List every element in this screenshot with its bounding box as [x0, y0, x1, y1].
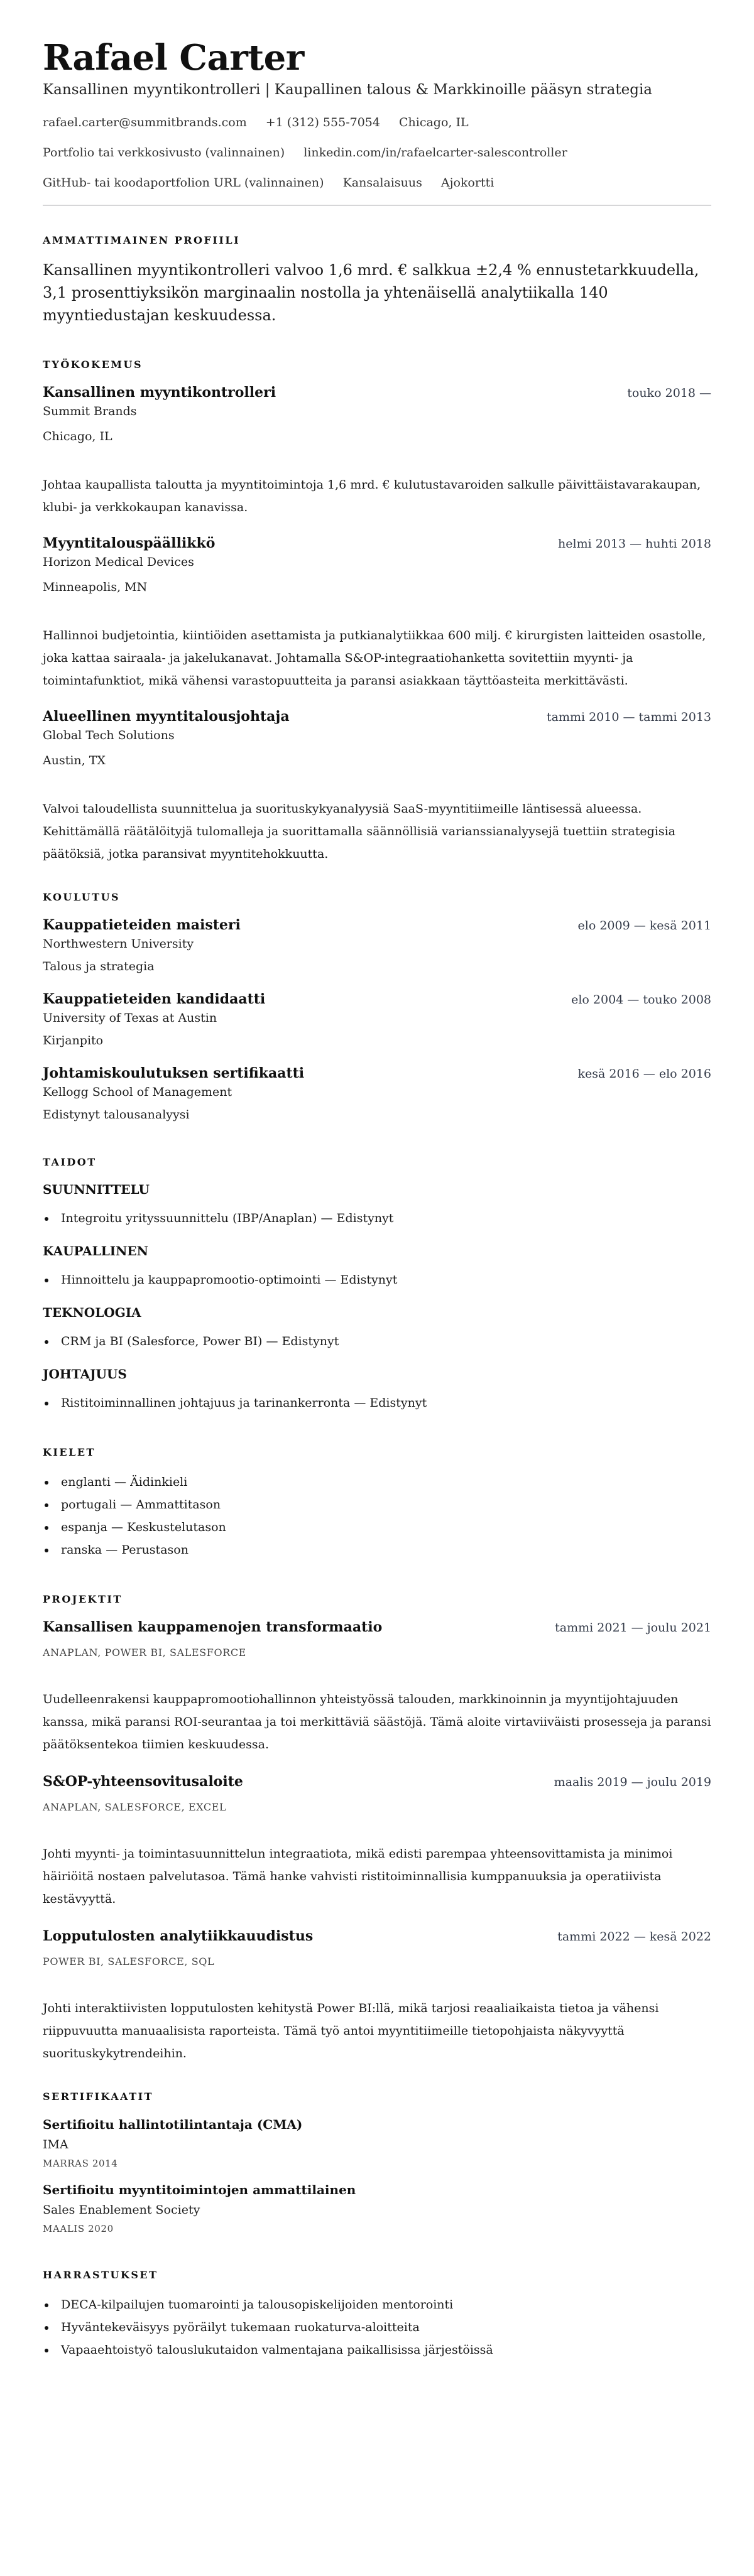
project-tech-stack: ANAPLAN, POWER BI, SALESFORCE: [43, 1645, 711, 1660]
project-title: Lopputulosten analytiikkauudistus: [43, 1927, 313, 1946]
entry-header: S&OP-yhteensovitusaloitemaalis 2019 — jo…: [43, 1772, 711, 1791]
section-languages: Kielet englanti — Äidinkieliportugali — …: [43, 1446, 711, 1561]
project-tech-stack: ANAPLAN, SALESFORCE, EXCEL: [43, 1800, 711, 1815]
skill-item: CRM ja BI (Salesforce, Power BI) — Edist…: [43, 1330, 711, 1353]
job-title: Alueellinen myyntitalousjohtaja: [43, 707, 290, 726]
school-name: Northwestern University: [43, 934, 711, 953]
education-entry: Kauppatieteiden maisterielo 2009 — kesä …: [43, 916, 711, 976]
experience-list: Kansallinen myyntikontrolleritouko 2018 …: [43, 383, 711, 865]
job-dates: touko 2018 —: [627, 386, 711, 400]
language-item: ranska — Perustason: [43, 1539, 711, 1561]
company-name: Summit Brands: [43, 402, 711, 421]
job-dates: tammi 2010 — tammi 2013: [547, 710, 711, 724]
school-name: Kellogg School of Management: [43, 1083, 711, 1101]
education-entry: Johtamiskoulutuksen sertifikaattikesä 20…: [43, 1064, 711, 1124]
skill-item: Hinnoittelu ja kauppapromootio-optimoint…: [43, 1269, 711, 1291]
candidate-name: Rafael Carter: [43, 36, 711, 79]
section-education: Koulutus Kauppatieteiden maisterielo 200…: [43, 890, 711, 1124]
section-title-skills: Taidot: [43, 1155, 711, 1169]
location: Chicago, IL: [399, 114, 469, 131]
education-dates: kesä 2016 — elo 2016: [578, 1067, 711, 1081]
section-title-projects: Projektit: [43, 1593, 711, 1606]
job-location: Austin, TX: [43, 751, 711, 770]
company-name: Horizon Medical Devices: [43, 553, 711, 571]
job-description: Johtaa kaupallista taloutta ja myyntitoi…: [43, 474, 711, 519]
certification-date: MARRAS 2014: [43, 2155, 711, 2172]
skill-list: Integroitu yrityssuunnittelu (IBP/Anapla…: [43, 1207, 711, 1230]
certification-issuer: Sales Enablement Society: [43, 2200, 711, 2219]
email[interactable]: rafael.carter@summitbrands.com: [43, 114, 247, 131]
interest-item: DECA-kilpailujen tuomarointi ja talousop…: [43, 2293, 711, 2316]
entry-header: Myyntitalouspäällikköhelmi 2013 — huhti …: [43, 534, 711, 553]
job-dates: helmi 2013 — huhti 2018: [558, 537, 711, 551]
section-title-languages: Kielet: [43, 1446, 711, 1459]
language-item: portugali — Ammattitason: [43, 1493, 711, 1516]
company-name: Global Tech Solutions: [43, 726, 711, 745]
job-title: Kansallinen myyntikontrolleri: [43, 383, 276, 402]
entry-header: Johtamiskoulutuksen sertifikaattikesä 20…: [43, 1064, 711, 1083]
project-dates: maalis 2019 — joulu 2019: [554, 1775, 711, 1789]
job-location: Chicago, IL: [43, 427, 711, 446]
degree: Kauppatieteiden maisteri: [43, 916, 241, 934]
experience-entry: Kansallinen myyntikontrolleritouko 2018 …: [43, 383, 711, 519]
drivers-license: Ajokortti: [441, 175, 494, 191]
certifications-list: Sertifioitu hallintotilintantaja (CMA)IM…: [43, 2115, 711, 2237]
section-skills: Taidot SUUNNITTELUIntegroitu yrityssuunn…: [43, 1155, 711, 1414]
section-interests: Harrastukset DECA-kilpailujen tuomaroint…: [43, 2268, 711, 2361]
education-dates: elo 2004 — touko 2008: [571, 993, 711, 1007]
skill-list: Ristitoiminnallinen johtajuus ja tarinan…: [43, 1392, 711, 1414]
project-dates: tammi 2022 — kesä 2022: [557, 1930, 711, 1944]
section-title-profile: Ammattimainen profiili: [43, 234, 711, 247]
section-projects: Projektit Kansallisen kauppamenojen tran…: [43, 1593, 711, 2065]
certification-issuer: IMA: [43, 2135, 711, 2154]
profile-summary: Kansallinen myyntikontrolleri valvoo 1,6…: [43, 259, 711, 327]
contact-line-1: rafael.carter@summitbrands.com +1 (312) …: [43, 114, 711, 131]
skill-group-title: KAUPALLINEN: [43, 1242, 711, 1260]
certification-title: Sertifioitu myyntitoimintojen ammattilai…: [43, 2180, 711, 2199]
section-certifications: Sertifikaatit Sertifioitu hallintotilint…: [43, 2090, 711, 2237]
degree: Johtamiskoulutuksen sertifikaatti: [43, 1064, 304, 1083]
certification-entry: Sertifioitu hallintotilintantaja (CMA)IM…: [43, 2115, 711, 2172]
job-description: Hallinnoi budjetointia, kiintiöiden aset…: [43, 624, 711, 692]
header-divider: [43, 205, 711, 206]
portfolio-link[interactable]: Portfolio tai verkkosivusto (valinnainen…: [43, 144, 285, 161]
project-title: S&OP-yhteensovitusaloite: [43, 1772, 243, 1791]
degree: Kauppatieteiden kandidaatti: [43, 990, 265, 1009]
interest-item: Vapaaehtoistyö talouslukutaidon valmenta…: [43, 2339, 711, 2361]
project-description: Johti interaktiivisten lopputulosten keh…: [43, 1997, 711, 2065]
entry-header: Lopputulosten analytiikkauudistustammi 2…: [43, 1927, 711, 1946]
education-dates: elo 2009 — kesä 2011: [578, 919, 711, 933]
github-link[interactable]: GitHub- tai koodaportfolion URL (valinna…: [43, 175, 324, 191]
section-title-interests: Harrastukset: [43, 2268, 711, 2282]
section-experience: Työkokemus Kansallinen myyntikontrolleri…: [43, 358, 711, 865]
project-title: Kansallisen kauppamenojen transformaatio: [43, 1618, 382, 1637]
entry-header: Kauppatieteiden maisterielo 2009 — kesä …: [43, 916, 711, 934]
contact-line-2: Portfolio tai verkkosivusto (valinnainen…: [43, 144, 711, 161]
skill-list: Hinnoittelu ja kauppapromootio-optimoint…: [43, 1269, 711, 1291]
job-title: Myyntitalouspäällikkö: [43, 534, 215, 553]
field-of-study: Kirjanpito: [43, 1031, 711, 1050]
interest-item: Hyväntekeväisyys pyöräilyt tukemaan ruok…: [43, 2316, 711, 2339]
contact-line-3: GitHub- tai koodaportfolion URL (valinna…: [43, 175, 711, 191]
project-description: Uudelleenrakensi kauppapromootiohallinno…: [43, 1688, 711, 1756]
section-title-certifications: Sertifikaatit: [43, 2090, 711, 2104]
resume-header: Rafael Carter Kansallinen myyntikontroll…: [43, 36, 711, 191]
skill-item: Integroitu yrityssuunnittelu (IBP/Anapla…: [43, 1207, 711, 1230]
job-description: Valvoi taloudellista suunnittelua ja suo…: [43, 798, 711, 865]
citizenship: Kansalaisuus: [343, 175, 422, 191]
section-profile: Ammattimainen profiili Kansallinen myynt…: [43, 234, 711, 327]
linkedin-link[interactable]: linkedin.com/in/rafaelcarter-salescontro…: [303, 144, 567, 161]
phone[interactable]: +1 (312) 555-7054: [266, 114, 380, 131]
certification-entry: Sertifioitu myyntitoimintojen ammattilai…: [43, 2180, 711, 2237]
field-of-study: Talous ja strategia: [43, 957, 711, 976]
headline: Kansallinen myyntikontrolleri | Kaupalli…: [43, 79, 711, 100]
project-dates: tammi 2021 — joulu 2021: [555, 1621, 711, 1635]
certification-date: MAALIS 2020: [43, 2221, 711, 2237]
certification-title: Sertifioitu hallintotilintantaja (CMA): [43, 2115, 711, 2134]
language-item: englanti — Äidinkieli: [43, 1471, 711, 1493]
resume-page: Rafael Carter Kansallinen myyntikontroll…: [0, 0, 754, 2423]
entry-header: Kansallinen myyntikontrolleritouko 2018 …: [43, 383, 711, 402]
skill-list: CRM ja BI (Salesforce, Power BI) — Edist…: [43, 1330, 711, 1353]
education-list: Kauppatieteiden maisterielo 2009 — kesä …: [43, 916, 711, 1124]
project-tech-stack: POWER BI, SALESFORCE, SQL: [43, 1954, 711, 1969]
project-entry: Kansallisen kauppamenojen transformaatio…: [43, 1618, 711, 1756]
entry-header: Alueellinen myyntitalousjohtajatammi 201…: [43, 707, 711, 726]
education-entry: Kauppatieteiden kandidaattielo 2004 — to…: [43, 990, 711, 1050]
school-name: University of Texas at Austin: [43, 1009, 711, 1027]
skill-group-title: TEKNOLOGIA: [43, 1304, 711, 1321]
experience-entry: Alueellinen myyntitalousjohtajatammi 201…: [43, 707, 711, 865]
entry-header: Kauppatieteiden kandidaattielo 2004 — to…: [43, 990, 711, 1009]
section-title-experience: Työkokemus: [43, 358, 711, 372]
section-title-education: Koulutus: [43, 890, 711, 904]
experience-entry: Myyntitalouspäällikköhelmi 2013 — huhti …: [43, 534, 711, 692]
field-of-study: Edistynyt talousanalyysi: [43, 1105, 711, 1124]
contact-block: rafael.carter@summitbrands.com +1 (312) …: [43, 114, 711, 191]
projects-list: Kansallisen kauppamenojen transformaatio…: [43, 1618, 711, 2065]
language-item: espanja — Keskustelutason: [43, 1516, 711, 1539]
skills-list: SUUNNITTELUIntegroitu yrityssuunnittelu …: [43, 1181, 711, 1414]
skill-item: Ristitoiminnallinen johtajuus ja tarinan…: [43, 1392, 711, 1414]
project-description: Johti myynti- ja toimintasuunnittelun in…: [43, 1843, 711, 1910]
project-entry: S&OP-yhteensovitusaloitemaalis 2019 — jo…: [43, 1772, 711, 1910]
job-location: Minneapolis, MN: [43, 578, 711, 597]
languages-list: englanti — Äidinkieliportugali — Ammatti…: [43, 1471, 711, 1561]
project-entry: Lopputulosten analytiikkauudistustammi 2…: [43, 1927, 711, 2065]
entry-header: Kansallisen kauppamenojen transformaatio…: [43, 1618, 711, 1637]
skill-group-title: JOHTAJUUS: [43, 1365, 711, 1383]
skill-group-title: SUUNNITTELU: [43, 1181, 711, 1198]
interests-list: DECA-kilpailujen tuomarointi ja talousop…: [43, 2293, 711, 2361]
